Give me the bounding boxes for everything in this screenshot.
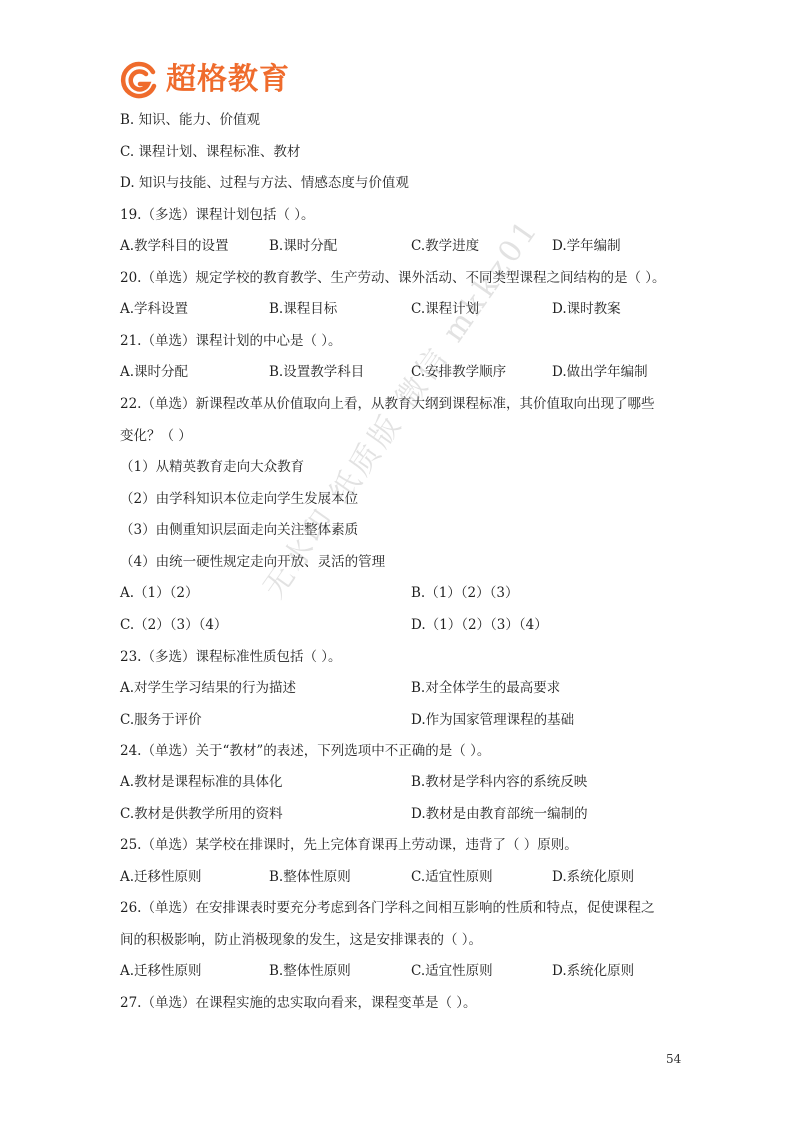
answer-option: C.适宜性原则 [411,962,493,980]
text-line: B. 知识、能力、价值观 [120,111,260,129]
answer-option: A.对学生学习结果的行为描述 [120,679,296,697]
answer-option: A.（1）（2） [120,584,198,602]
answer-option: B.课时分配 [269,237,337,255]
answer-option: A.课时分配 [120,363,188,381]
answer-option: D.作为国家管理课程的基础 [411,711,574,729]
text-line: 24.（单选）关于“教材”的表述，下列选项中不正确的是（ ）。 [120,742,490,760]
text-line: （3）由侧重知识层面走向关注整体素质 [120,521,358,539]
text-line: 26.（单选）在安排课表时要充分考虑到各门学科之间相互影响的性质和特点，促使课程… [120,899,654,917]
answer-option: D.（1）（2）（3）（4） [411,616,548,634]
page-number: 54 [666,1052,681,1066]
answer-option: B.课程目标 [269,300,337,318]
text-line: 变化？（ ） [120,427,192,445]
answer-option: B.教材是学科内容的系统反映 [411,773,587,791]
answer-option: C.教材是供教学所用的资料 [120,805,283,823]
text-line: C. 课程计划、课程标准、教材 [120,143,300,161]
text-line: （4）由统一硬性规定走向开放、灵活的管理 [120,553,385,571]
answer-option: C.服务于评价 [120,711,202,729]
text-line: D. 知识与技能、过程与方法、情感态度与价值观 [120,174,409,192]
answer-option: A.学科设置 [120,300,188,318]
answer-option: D.课时教案 [552,300,621,318]
answer-option: D.系统化原则 [552,868,634,886]
answer-option: B.对全体学生的最高要求 [411,679,560,697]
answer-option: D.学年编制 [552,237,621,255]
text-line: 间的积极影响，防止消极现象的发生，这是安排课表的（ ）。 [120,931,482,949]
answer-option: C.教学进度 [411,237,479,255]
answer-option: C.安排教学顺序 [411,363,506,381]
text-line: （2）由学科知识本位走向学生发展本位 [120,490,358,508]
answer-option: A.教材是课程标准的具体化 [120,773,283,791]
text-line: 22.（单选）新课程改革从价值取向上看，从教育大纲到课程标准，其价值取向出现了哪… [120,395,654,413]
brand-g-icon [120,60,160,100]
brand-logo: 超格教育 [120,58,290,102]
answer-option: A.迁移性原则 [120,962,202,980]
text-line: 25.（单选）某学校在排课时，先上完体育课再上劳动课，违背了（ ）原则。 [120,836,578,854]
brand-name: 超格教育 [166,60,290,100]
answer-option: B.设置教学科目 [269,363,364,381]
answer-option: B.整体性原则 [269,868,351,886]
answer-option: D.系统化原则 [552,962,634,980]
answer-option: B.（1）（2）（3） [411,584,518,602]
text-line: （1）从精英教育走向大众教育 [120,458,304,476]
text-line: 23.（多选）课程标准性质包括（ ）。 [120,648,342,666]
answer-option: A.迁移性原则 [120,868,202,886]
text-line: 27.（单选）在课程实施的忠实取向看来，课程变革是（ ）。 [120,994,477,1012]
answer-option: C.课程计划 [411,300,479,318]
answer-option: C.（2）（3）（4） [120,616,227,634]
text-line: 21.（单选）课程计划的中心是（ ）。 [120,332,342,350]
answer-option: C.适宜性原则 [411,868,493,886]
document-page: 超格教育 B. 知识、能力、价值观C. 课程计划、课程标准、教材D. 知识与技能… [0,0,804,1137]
answer-option: B.整体性原则 [269,962,351,980]
answer-option: A.教学科目的设置 [120,237,229,255]
text-line: 20.（单选）规定学校的教育教学、生产劳动、课外活动、不同类型课程之间结构的是（… [120,269,666,287]
text-line: 19.（多选）课程计划包括（ ）。 [120,206,315,224]
answer-option: D.教材是由教育部统一编制的 [411,805,588,823]
answer-option: D.做出学年编制 [552,363,648,381]
